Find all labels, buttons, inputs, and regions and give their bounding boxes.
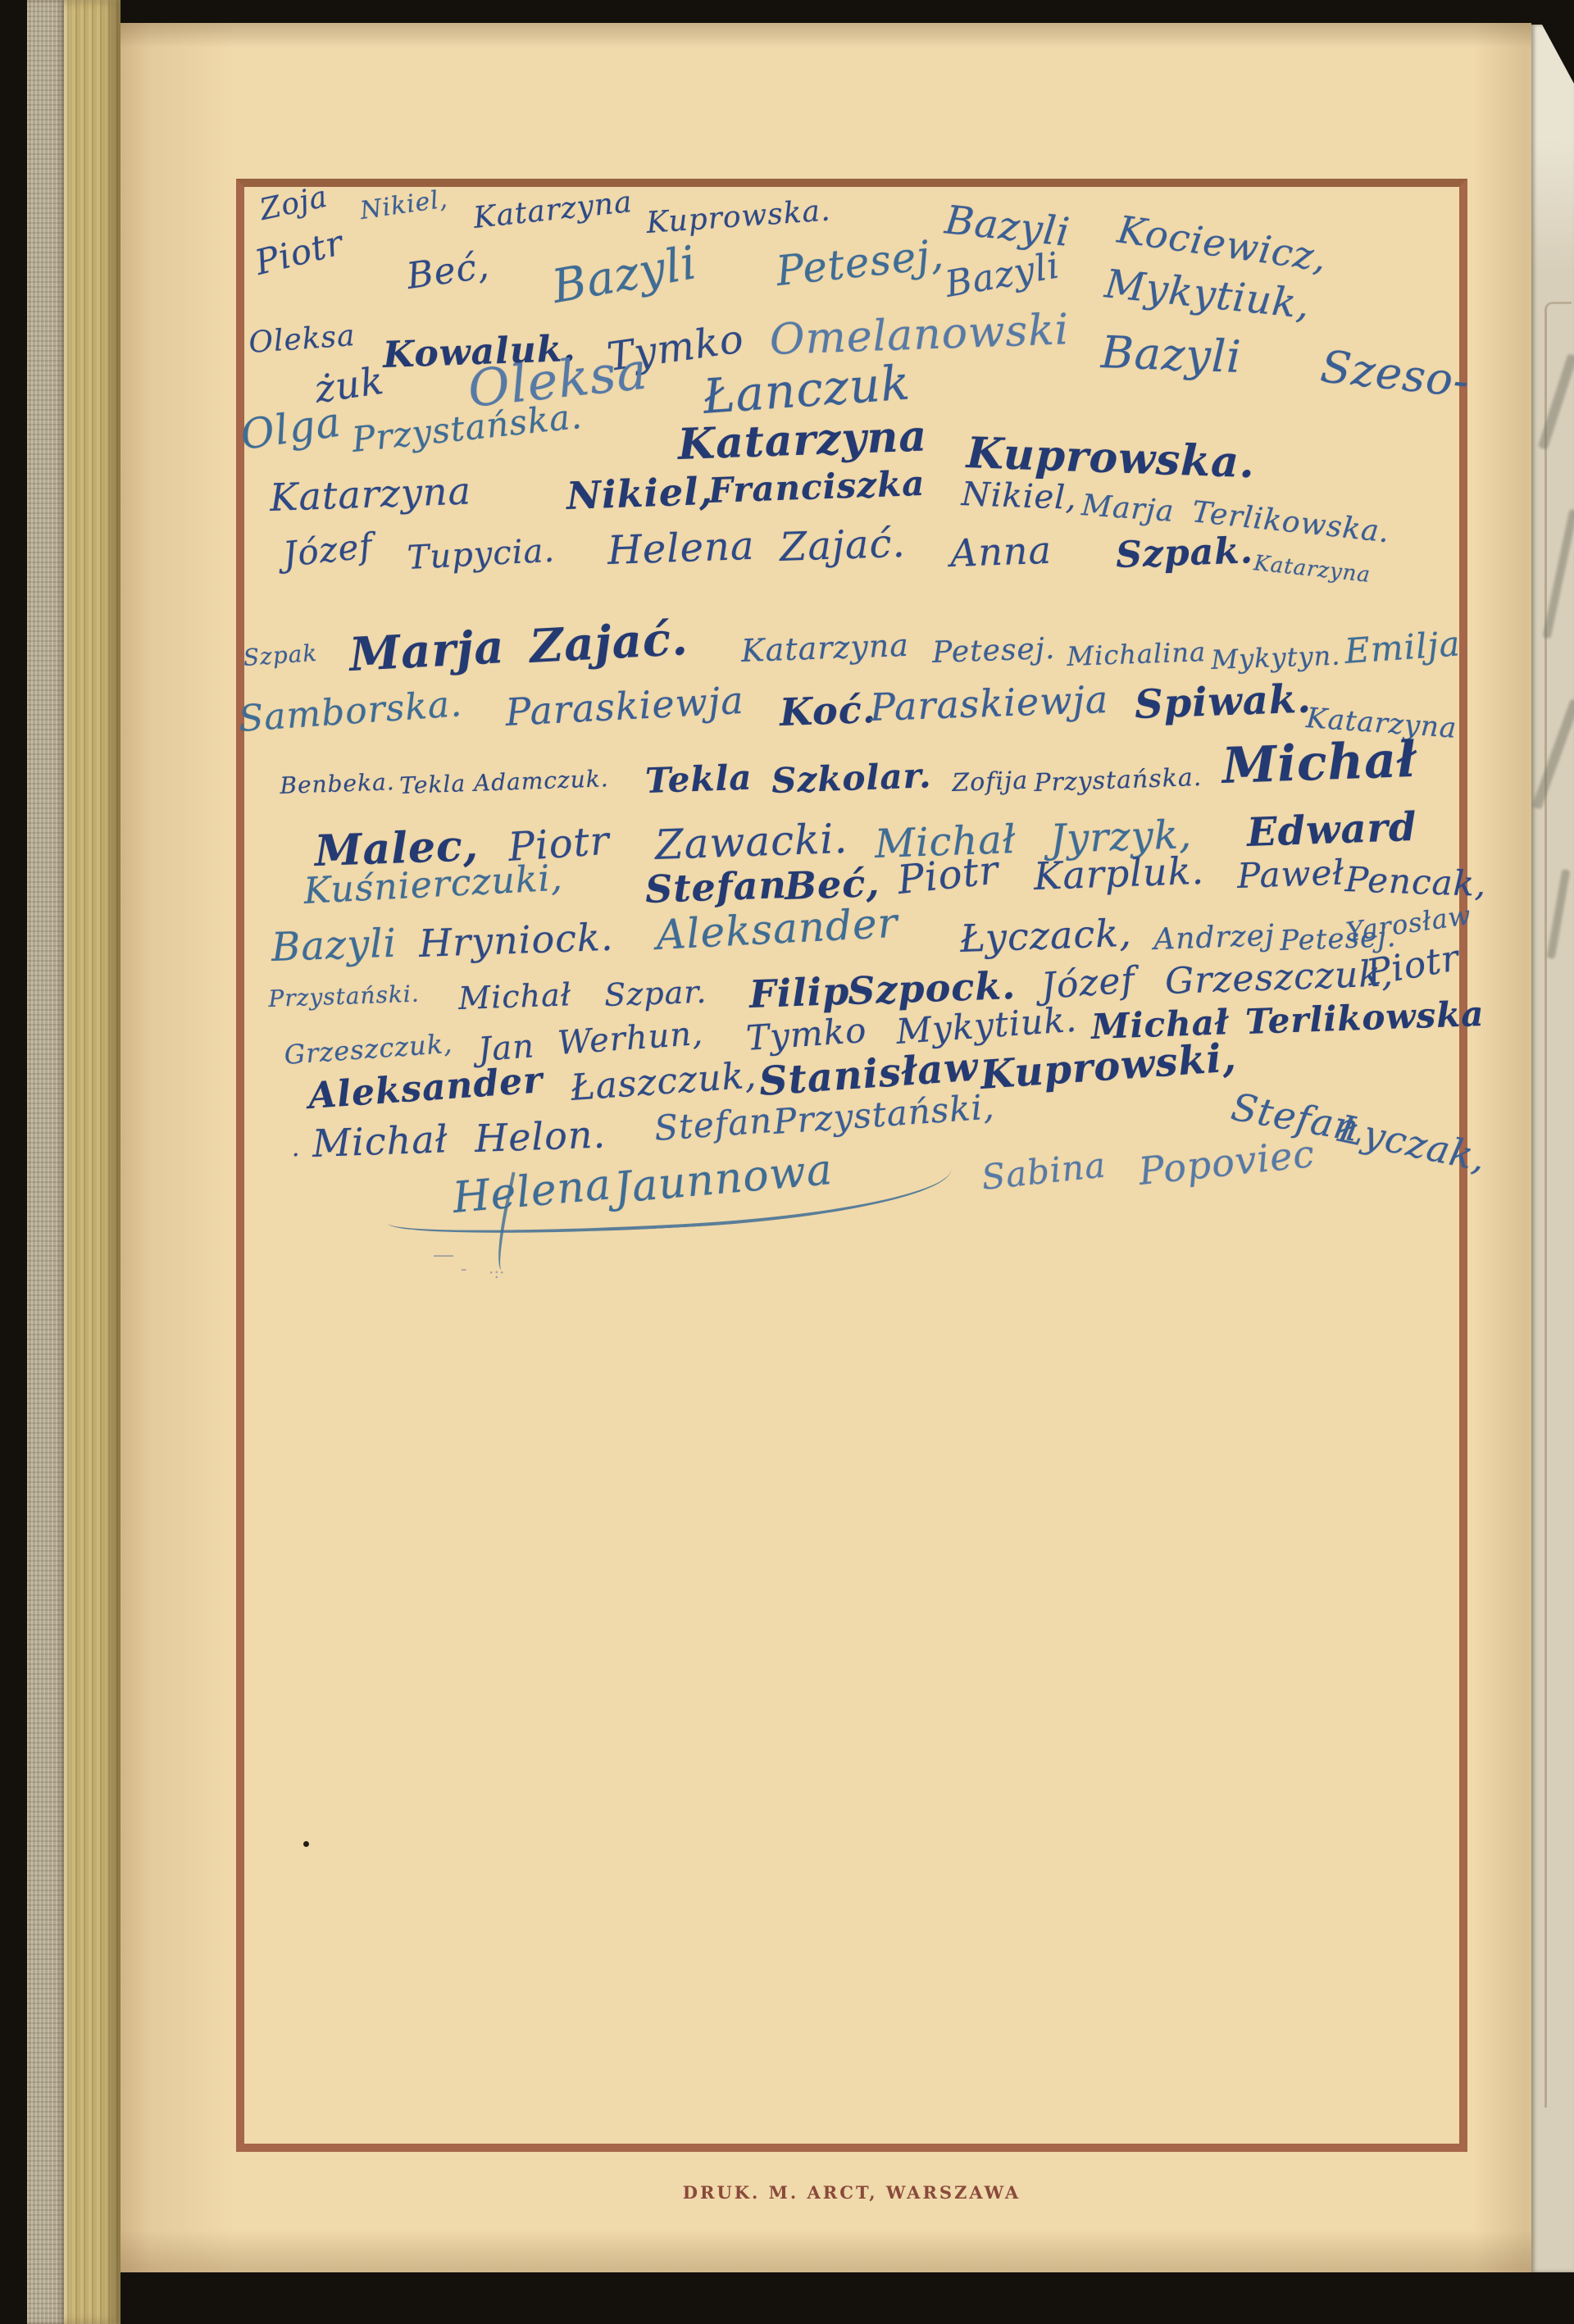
signature: Nikiel, xyxy=(566,469,713,518)
signature: Szpak. xyxy=(1115,530,1254,576)
pencil-mark: - xyxy=(461,1259,466,1280)
signature: Katarzyna xyxy=(740,627,909,669)
signature: Petesej. xyxy=(932,632,1056,670)
signature: Paraskiewja xyxy=(869,677,1109,730)
signature: Marja xyxy=(348,620,507,682)
signature: Nikiel, xyxy=(961,475,1078,517)
signature: Katarzyna xyxy=(269,468,472,520)
signature: Anna xyxy=(949,528,1053,575)
scanned-book-photo: ZojaNikiel,KatarzynaKuprowska.BazyliKoci… xyxy=(0,0,1574,2324)
signature: Omelanowski xyxy=(769,305,1070,365)
page-leaf-edges xyxy=(64,0,121,2324)
signature: Paweł xyxy=(1236,852,1344,896)
signature: Andrzej xyxy=(1153,919,1276,957)
signature: Franciszka xyxy=(707,463,926,511)
signature: Emilja xyxy=(1344,623,1462,671)
signature: Michał xyxy=(457,976,571,1016)
signature: Tymko xyxy=(745,1010,868,1058)
printer-imprint: DRUK. M. ARCT, WARSZAWA xyxy=(236,2182,1467,2203)
signature: Michał xyxy=(312,1117,448,1166)
signature: Przystański. xyxy=(268,980,420,1012)
signature: Terlikowska xyxy=(1244,994,1485,1042)
signature: Zofija xyxy=(952,766,1029,798)
signature: Spiwak. xyxy=(1134,676,1312,728)
ink-dot xyxy=(303,1841,309,1847)
signature: Michalina xyxy=(1067,636,1207,672)
signature: Koć. xyxy=(779,687,877,734)
signature: Mykytyn. xyxy=(1211,640,1341,675)
signature: Szkolar. xyxy=(771,755,932,801)
signature: Przystańska. xyxy=(1034,763,1203,798)
signature: Zajać. xyxy=(779,521,906,571)
signature: Michał xyxy=(1221,731,1418,795)
signature: Helena xyxy=(607,523,755,574)
signature: Grzeszczuk, xyxy=(1164,953,1394,1003)
signature: Szpar. xyxy=(603,974,707,1013)
signature: Pencak, xyxy=(1344,859,1487,904)
signature: Zawacki. xyxy=(654,815,848,869)
signature: Benbeka. xyxy=(280,768,395,799)
signature: Edward xyxy=(1246,804,1417,856)
signature: Filip xyxy=(748,969,850,1016)
signature: Hryniock. xyxy=(418,915,614,966)
signature: Łyczack, xyxy=(959,911,1132,961)
pencil-mark: — xyxy=(433,1243,454,1267)
signature: Stefan xyxy=(653,1100,774,1148)
signature: Stefan xyxy=(644,862,788,912)
signature: Marja xyxy=(1080,489,1176,529)
signature: Bazyli xyxy=(1100,326,1242,383)
signature: Tupycia. xyxy=(407,532,557,577)
book-binding-cloth xyxy=(27,0,64,2324)
signature: Katarzyna xyxy=(677,411,928,470)
signature: · xyxy=(292,1141,301,1170)
signature: Helon. xyxy=(474,1112,607,1161)
signature: Bazyli xyxy=(271,921,398,971)
signature: Tekla xyxy=(644,757,753,801)
signature: Szpak xyxy=(243,639,319,671)
signature: Zajać. xyxy=(529,612,690,674)
signature: Karpluk. xyxy=(1033,848,1205,898)
